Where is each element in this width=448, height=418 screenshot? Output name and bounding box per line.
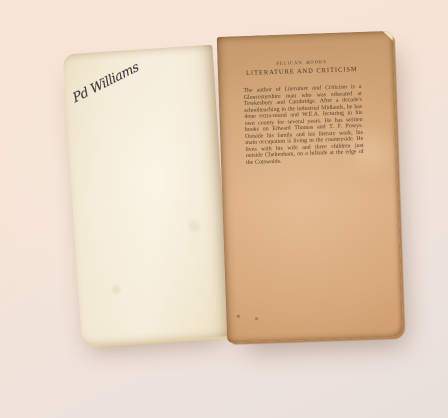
title-page-text: PELICAN BOOKS LITERATURE AND CRITICISM T…: [243, 58, 365, 166]
photo-background: Pd Williams PELICAN BOOKS LITERATURE AND…: [0, 0, 448, 418]
left-page: Pd Williams: [63, 45, 232, 346]
book-title: LITERATURE AND CRITICISM: [243, 66, 361, 77]
open-book: Pd Williams PELICAN BOOKS LITERATURE AND…: [60, 29, 403, 352]
dog-eared-corner: [383, 31, 393, 41]
author-blurb: The author of Literature and Criticism i…: [243, 84, 364, 166]
right-page: PELICAN BOOKS LITERATURE AND CRITICISM T…: [217, 31, 404, 343]
blurb-text-after: is a Gloucestershire man who was educate…: [244, 84, 364, 166]
handwritten-signature: Pd Williams: [71, 60, 141, 107]
